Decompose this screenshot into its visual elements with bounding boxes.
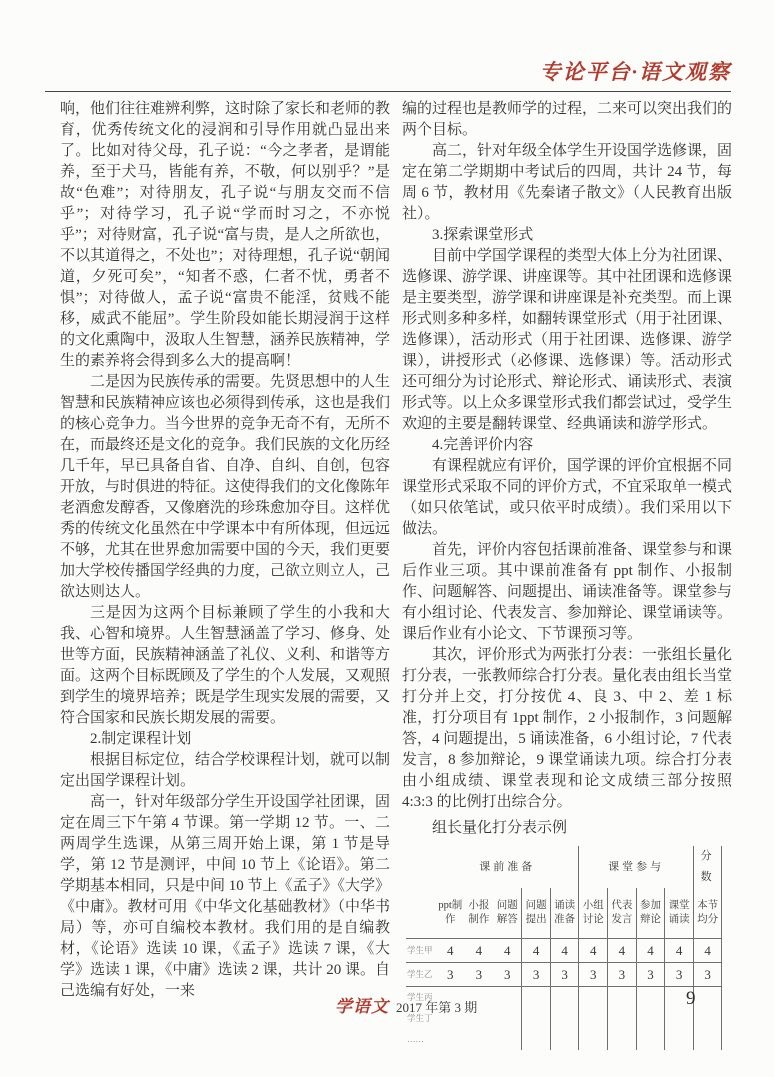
column-header-5: 诵读准备: [550, 888, 579, 939]
left-paragraph-2: 二是因为民族传承的需要。先贤思想中的人生智慧和民族精神应该也必须得到传承，这也是…: [60, 372, 390, 603]
header-rule: [45, 91, 731, 92]
score-cell: 3: [608, 963, 637, 987]
score-cell: 3: [436, 963, 465, 987]
footer-journal-line: 学语文2017 年第 3 期: [335, 992, 477, 1017]
column-group-3: 分数: [693, 846, 722, 888]
score-cell: 4: [608, 939, 637, 963]
row-label: 学生甲: [406, 939, 436, 963]
left-paragraph-4: 2.制定课程计划: [60, 729, 390, 750]
row-label: 学生乙: [406, 963, 436, 987]
score-cell: 4: [522, 939, 551, 963]
score-cell: 3: [522, 963, 551, 987]
table-caption: 组长量化打分表示例: [402, 818, 732, 839]
sub-header-row: ppt制作小报制作问题解答问题提出诵读准备小组讨论代表发言参加辩论课堂诵读本节均…: [406, 888, 722, 939]
score-cell: 3: [579, 963, 608, 987]
left-paragraph-1: 响，他们往往难辨利弊，这时除了家长和老师的教育，优秀传统文化的浸润和引导作用就凸…: [60, 99, 390, 372]
page-footer: 学语文2017 年第 3 期 9: [0, 988, 774, 1016]
score-cell: 4: [636, 939, 665, 963]
column-header-7: 代表发言: [608, 888, 637, 939]
column-header-6: 小组讨论: [579, 888, 608, 939]
score-cell: 4: [436, 939, 465, 963]
article-body: 响，他们往往难辨利弊，这时除了家长和老师的教育，优秀传统文化的浸润和引导作用就凸…: [60, 99, 732, 1050]
column-header-4: 问题提出: [522, 888, 551, 939]
right-paragraph-6: 有课程就应有评价，国学课的评价宜根据不同课堂形式采取不同的评价方式，不宜采取单一…: [402, 456, 732, 540]
score-cell: [550, 1029, 579, 1050]
score-cell: 3: [636, 963, 665, 987]
left-paragraph-3: 三是因为这两个目标兼顾了学生的小我和大我、心智和境界。人生智慧涵盖了学习、修身、…: [60, 603, 390, 729]
column-header-10: 本节均分: [693, 888, 722, 939]
right-paragraph-3: 3.探索课堂形式: [402, 225, 732, 246]
column-header-3: 问题解答: [493, 888, 522, 939]
left-column: 响，他们往往难辨利弊，这时除了家长和老师的教育，优秀传统文化的浸润和引导作用就凸…: [60, 99, 390, 1050]
column-group-1: 课前准备: [436, 846, 579, 888]
right-paragraph-4: 目前中学国学课程的类型大体上分为社团课、选修课、游学课、讲座课等。其中社团课和选…: [402, 246, 732, 435]
column-header-2: 小报制作: [465, 888, 494, 939]
score-cell: 4: [493, 939, 522, 963]
right-column: 编的过程也是教师学的过程，二来可以突出我们的两个目标。高二，针对年级全体学生开设…: [402, 99, 732, 1050]
right-paragraph-8: 其次，评价形式为两张打分表：一张组长量化打分表，一张教师综合打分表。量化表由组长…: [402, 645, 732, 813]
left-paragraph-5: 根据目标定位，结合学校课程计划，就可以制定出国学课程计划。: [60, 750, 390, 792]
score-cell: [493, 1029, 522, 1050]
score-cell: 4: [665, 939, 694, 963]
column-header-8: 参加辩论: [636, 888, 665, 939]
column-header-1: ppt制作: [436, 888, 465, 939]
score-table: 课前准备课堂参与分数 ppt制作小报制作问题解答问题提出诵读准备小组讨论代表发言…: [406, 846, 722, 1050]
score-cell: [693, 1029, 722, 1050]
page-header: 专论平台·语文观察: [45, 56, 731, 92]
table-row: ……: [406, 1029, 722, 1050]
score-cell: [608, 1029, 637, 1050]
section-title: 专论平台·语文观察: [45, 56, 731, 86]
journal-page: 专论平台·语文观察 响，他们往往难辨利弊，这时除了家长和老师的教育，优秀传统文化…: [0, 0, 774, 1077]
right-paragraph-1: 编的过程也是教师学的过程，二来可以突出我们的两个目标。: [402, 99, 732, 141]
row-label: ……: [406, 1029, 436, 1050]
sub-header-spacer: [406, 888, 436, 939]
score-cell: [436, 1029, 465, 1050]
score-cell: [636, 1029, 665, 1050]
score-cell: [665, 1029, 694, 1050]
score-cell: 3: [550, 963, 579, 987]
right-paragraph-7: 首先，评价内容包括课前准备、课堂参与和课后作业三项。其中课前准备有 ppt 制作…: [402, 540, 732, 645]
score-cell: [579, 1029, 608, 1050]
score-cell: [465, 1029, 494, 1050]
right-paragraph-2: 高二，针对年级全体学生开设国学选修课，固定在第二学期期中考试后的四周，共计 24…: [402, 141, 732, 225]
left-paragraph-6: 高一，针对年级部分学生开设国学社团课，固定在周三下午第 4 节课。第一学期 12…: [60, 792, 390, 1002]
right-paragraph-5: 4.完善评价内容: [402, 435, 732, 456]
table-row: 学生甲4444444444: [406, 939, 722, 963]
score-cell: 3: [665, 963, 694, 987]
score-cell: 4: [693, 939, 722, 963]
group-header-row: 课前准备课堂参与分数: [406, 846, 722, 888]
column-header-9: 课堂诵读: [665, 888, 694, 939]
score-cell: 3: [493, 963, 522, 987]
journal-logo: 学语文: [335, 997, 389, 1016]
score-cell: [522, 1029, 551, 1050]
page-number: 9: [686, 988, 696, 1010]
score-cell: 3: [465, 963, 494, 987]
table-row: 学生乙3333333333: [406, 963, 722, 987]
issue-text: 2017 年第 3 期: [396, 1000, 477, 1015]
score-cell: 4: [579, 939, 608, 963]
score-cell: 3: [693, 963, 722, 987]
group-header-spacer: [406, 846, 436, 888]
score-cell: 4: [550, 939, 579, 963]
column-group-2: 课堂参与: [579, 846, 693, 888]
right-paragraphs: 编的过程也是教师学的过程，二来可以突出我们的两个目标。高二，针对年级全体学生开设…: [402, 99, 732, 813]
score-cell: 4: [465, 939, 494, 963]
